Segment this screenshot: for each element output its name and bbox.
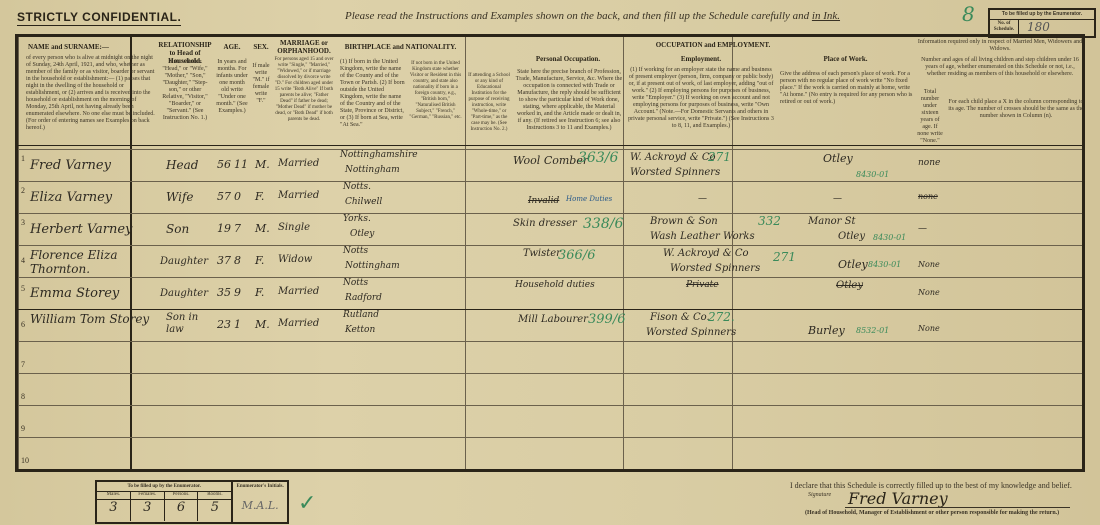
header-sex: SEX. <box>250 43 272 51</box>
table-row: 10 <box>18 437 1082 470</box>
table-row: 7 <box>18 341 1082 374</box>
table-row: 1 Fred Varney Head 56 11 M. Married Nott… <box>18 149 1082 182</box>
table-row: 6 William Tom Storey Son in law 23 1 M. … <box>18 309 1082 342</box>
confidential-heading: STRICTLY CONFIDENTIAL. <box>17 10 181 26</box>
check-mark: ✓ <box>298 490 316 516</box>
table-row: 3 Herbert Varney Son 19 7 M. Single York… <box>18 213 1082 246</box>
signature: Fred Varney <box>848 489 948 508</box>
row-name: Fred Varney <box>30 158 111 173</box>
instruction-line: Please read the Instructions and Example… <box>345 10 840 22</box>
enumerator-totals-box: To be filled up by the Enumerator. Males… <box>95 480 289 524</box>
header-age: AGE. <box>214 43 250 51</box>
header-marriage: MARRIAGE or ORPHANHOOD. <box>273 39 335 55</box>
table-row: 9 <box>18 405 1082 438</box>
table-row: 8 <box>18 373 1082 406</box>
header-birthplace: BIRTHPLACE and NATIONALITY. <box>338 43 463 51</box>
census-schedule-page: STRICTLY CONFIDENTIAL. Please read the I… <box>0 0 1100 525</box>
header-name: NAME and SURNAME:— <box>18 43 168 51</box>
page-mark: 8 <box>962 2 975 26</box>
schedule-number: 180 <box>1019 20 1094 35</box>
table-row: 4 Florence Eliza Thornton. Daughter 37 8… <box>18 245 1082 278</box>
header-occupation: OCCUPATION and EMPLOYMENT. <box>513 41 913 49</box>
census-table: NAME and SURNAME:— of every person who i… <box>15 34 1085 472</box>
table-row: 2 Eliza Varney Wife 57 0 F. Married Nott… <box>18 181 1082 214</box>
table-row: 5 Emma Storey Daughter 35 9 F. Married N… <box>18 277 1082 310</box>
